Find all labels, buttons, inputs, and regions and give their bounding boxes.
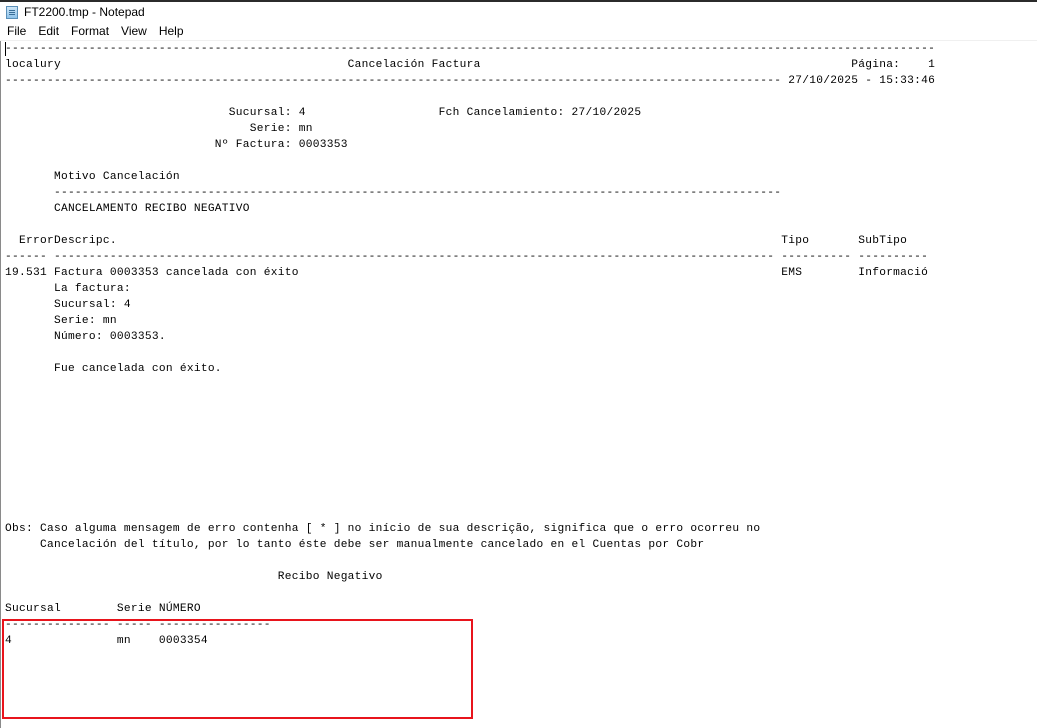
obs-note: Obs: Caso alguma mensagem de erro conten… [5, 521, 935, 537]
menu-help[interactable]: Help [154, 24, 189, 38]
blank [5, 153, 935, 169]
menu-file[interactable]: File [2, 24, 31, 38]
error-row-detail [5, 345, 935, 361]
menu-bar: File Edit Format View Help [0, 22, 1037, 41]
error-row-detail: La factura: [5, 281, 935, 297]
title-bar[interactable]: FT2200.tmp - Notepad [0, 2, 1037, 22]
blank [5, 409, 935, 425]
blank [5, 553, 935, 569]
invoice-sucursal: Sucursal: 4 Fch Cancelamiento: 27/10/202… [5, 105, 935, 121]
invoice-serie: Serie: mn [5, 121, 935, 137]
blank [5, 393, 935, 409]
report-datetime: ----------------------------------------… [5, 73, 935, 89]
blank [5, 425, 935, 441]
error-row: 19.531 Factura 0003353 cancelada con éxi… [5, 265, 935, 281]
window-title: FT2200.tmp - Notepad [24, 5, 145, 19]
blank [5, 489, 935, 505]
notepad-icon [6, 6, 18, 19]
separator: ----------------------------------------… [5, 185, 935, 201]
menu-format[interactable]: Format [66, 24, 114, 38]
blank [5, 217, 935, 233]
blank [5, 585, 935, 601]
blank [5, 473, 935, 489]
recibo-title: Recibo Negativo [5, 569, 935, 585]
invoice-number: Nº Factura: 0003353 [5, 137, 935, 153]
separator: ----------------------------------------… [5, 41, 935, 57]
errors-table-header: ErrorDescripc. Tipo SubTipo [5, 233, 935, 249]
motivo-label: Motivo Cancelación [5, 169, 935, 185]
separator: ------ ---------------------------------… [5, 249, 935, 265]
blank [5, 441, 935, 457]
blank [5, 377, 935, 393]
blank [5, 89, 935, 105]
recibo-table-header: Sucursal Serie NÚMERO [5, 601, 935, 617]
error-row-detail: Serie: mn [5, 313, 935, 329]
obs-note: Cancelación del título, por lo tanto ést… [5, 537, 935, 553]
menu-view[interactable]: View [116, 24, 152, 38]
recibo-row: 4 mn 0003354 [5, 633, 935, 649]
error-row-detail: Sucursal: 4 [5, 297, 935, 313]
document-text[interactable]: ----------------------------------------… [5, 41, 935, 649]
error-row-detail: Fue cancelada con éxito. [5, 361, 935, 377]
separator: --------------- ----- ---------------- [5, 617, 935, 633]
blank [5, 505, 935, 521]
menu-edit[interactable]: Edit [33, 24, 64, 38]
error-row-detail: Número: 0003353. [5, 329, 935, 345]
text-editor[interactable]: ----------------------------------------… [0, 41, 1037, 728]
blank [5, 457, 935, 473]
report-header: localury Cancelación Factura Página: 1 [5, 57, 935, 73]
motivo-value: CANCELAMENTO RECIBO NEGATIVO [5, 201, 935, 217]
